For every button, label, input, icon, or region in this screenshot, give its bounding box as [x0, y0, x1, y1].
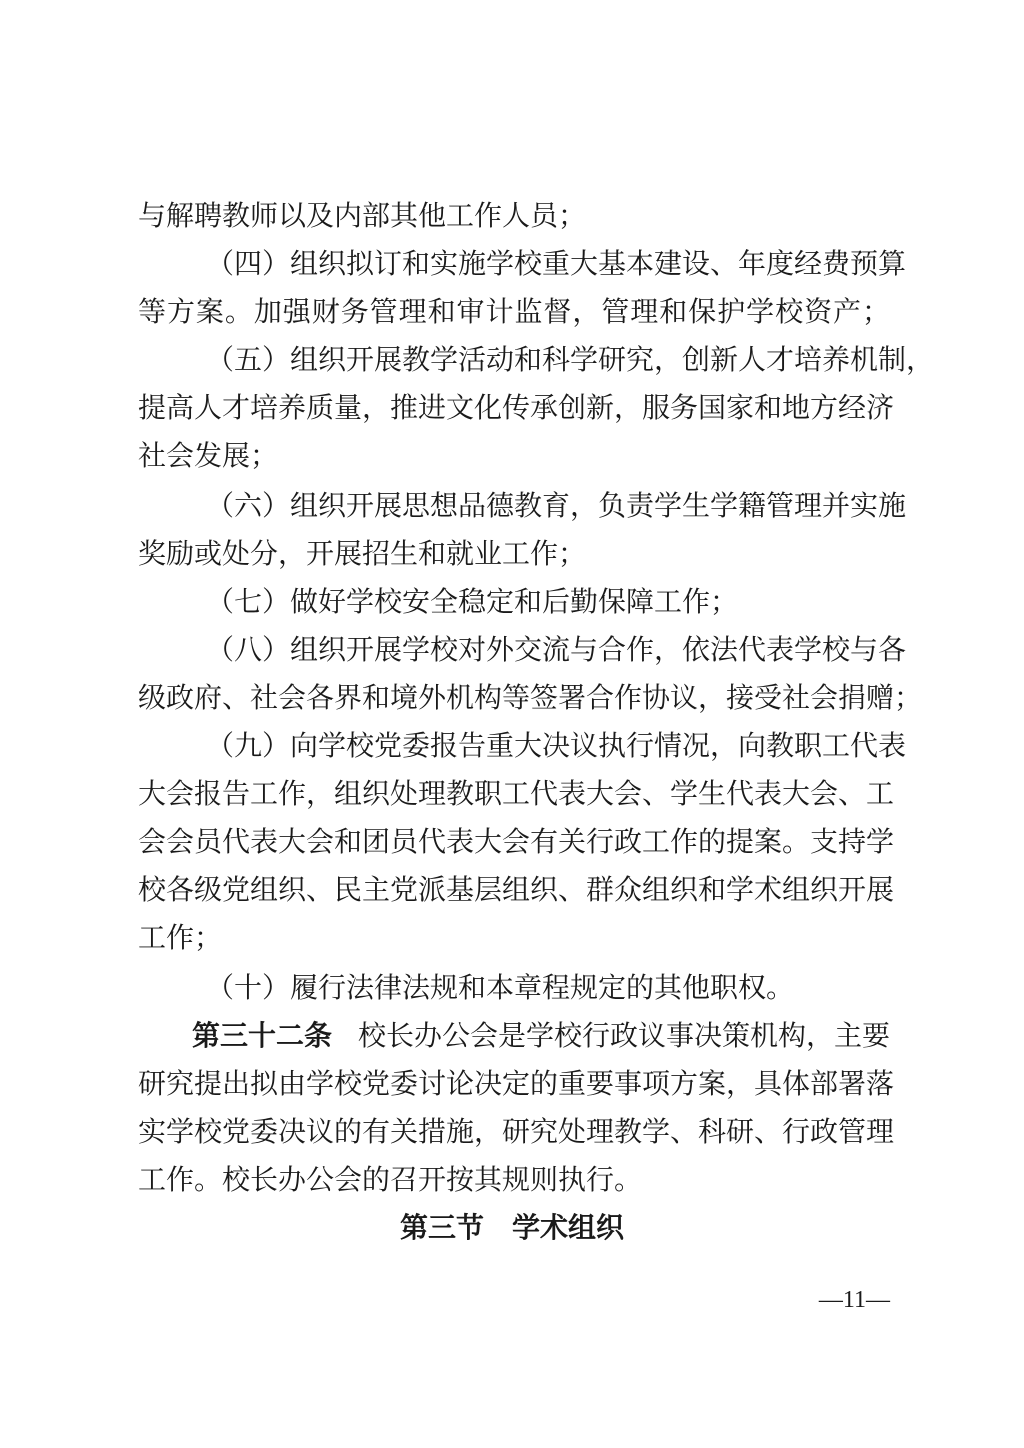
text-line: 研究提出拟由学校党委讨论决定的重要事项方案，具体部署落: [138, 1064, 890, 1104]
text-line: 提高人才培养质量，推进文化传承创新，服务国家和地方经济: [138, 388, 890, 428]
text-line: （七）做好学校安全稳定和后勤保障工作；: [206, 582, 890, 622]
text-line: 会会员代表大会和团员代表大会有关行政工作的提案。支持学: [138, 822, 890, 862]
text-line: 社会发展；: [138, 436, 890, 476]
text-line: （六）组织开展思想品德教育，负责学生学籍管理并实施: [206, 486, 890, 526]
section-number: 第三节: [400, 1211, 484, 1244]
text-line: 校各级党组织、民主党派基层组织、群众组织和学术组织开展: [138, 870, 890, 910]
section-title: 学术组织: [512, 1211, 624, 1244]
article-text: 校长办公会是学校行政议事决策机构，主要: [358, 1019, 890, 1052]
article-first-line: 第三十二条校长办公会是学校行政议事决策机构，主要: [192, 1016, 890, 1056]
text-line: （九）向学校党委报告重大决议执行情况，向教职工代表: [206, 726, 890, 766]
text-line: 等方案。加强财务管理和审计监督，管理和保护学校资产；: [138, 292, 890, 332]
text-line: 与解聘教师以及内部其他工作人员；: [138, 196, 890, 236]
section-heading: 第三节学术组织: [0, 1208, 1024, 1248]
text-line: （五）组织开展教学活动和科学研究，创新人才培养机制，: [206, 340, 890, 380]
text-line: （八）组织开展学校对外交流与合作，依法代表学校与各: [206, 630, 890, 670]
text-line: 工作。校长办公会的召开按其规则执行。: [138, 1160, 890, 1200]
text-line: 奖励或处分，开展招生和就业工作；: [138, 534, 890, 574]
text-line: （十）履行法律法规和本章程规定的其他职权。: [206, 968, 890, 1008]
document-page: 与解聘教师以及内部其他工作人员； （四）组织拟订和实施学校重大基本建设、年度经费…: [0, 0, 1024, 1448]
article-label: 第三十二条: [192, 1019, 332, 1052]
text-line: 大会报告工作，组织处理教职工代表大会、学生代表大会、工: [138, 774, 890, 814]
text-line: （四）组织拟订和实施学校重大基本建设、年度经费预算: [206, 244, 890, 284]
page-number: —11—: [819, 1283, 890, 1317]
text-line: 工作；: [138, 918, 890, 958]
text-line: 级政府、社会各界和境外机构等签署合作协议，接受社会捐赠；: [138, 678, 890, 718]
text-line: 实学校党委决议的有关措施，研究处理教学、科研、行政管理: [138, 1112, 890, 1152]
